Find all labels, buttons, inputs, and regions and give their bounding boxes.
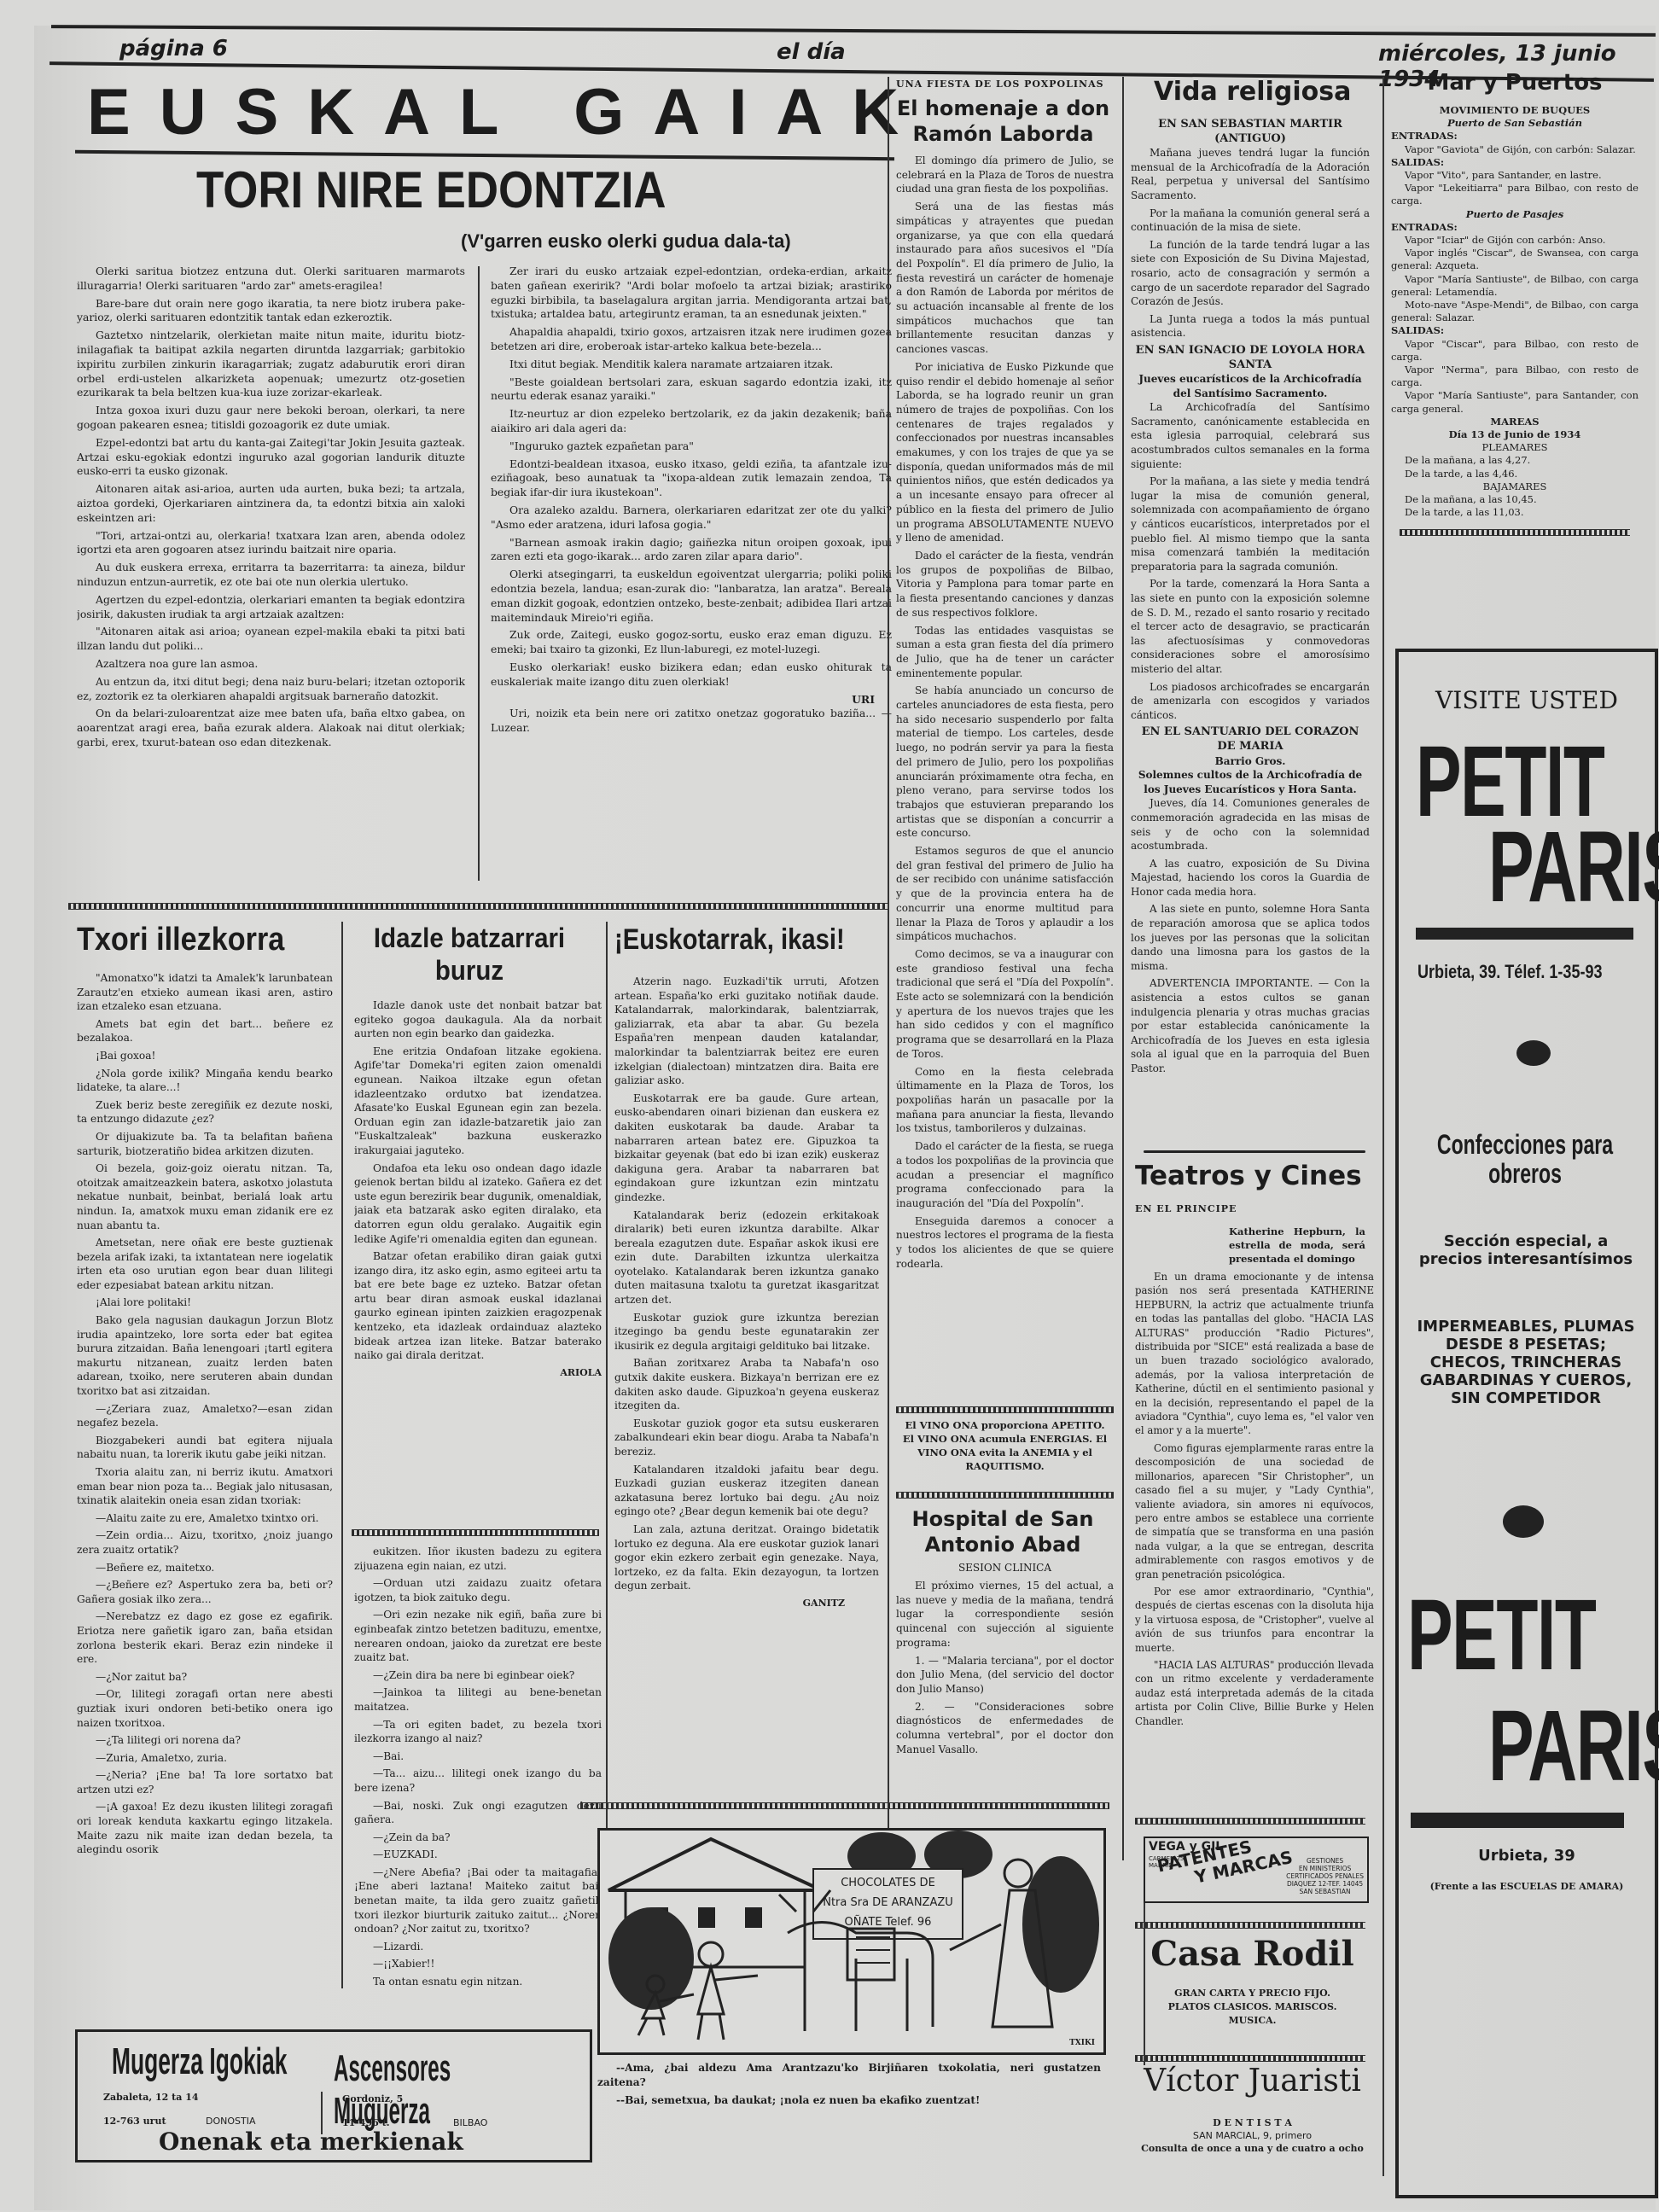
paragraph: Au duk euskera errexa, erritarra ta baze… <box>77 561 465 590</box>
paragraph: Zer irari du eusko artzaiak ezpel-edontz… <box>491 265 892 322</box>
paragraph: Zuk orde, Zaitegi, eusko gogoz-sortu, eu… <box>491 628 892 657</box>
paragraph: —¿Nor zaitut ba? <box>77 1670 333 1685</box>
paragraph: Eusko olerkariak! eusko bizikera edan; e… <box>491 661 892 690</box>
laborda-article-body: El domingo día primero de Julio, se cele… <box>896 154 1114 1378</box>
paragraph: "Tori, artzai-ontzi au, olerkaria! txatx… <box>77 529 465 558</box>
txori-title: Txori illezkorra <box>77 922 284 958</box>
vida-section-heading: EN EL SANTUARIO DEL CORAZON DE MARIA <box>1131 725 1370 754</box>
cartoon-caption: --Ama, ¿bai aldezu Ama Arantzazu'ko Birj… <box>597 2061 1101 2110</box>
mareas-title: MAREAS <box>1391 416 1639 428</box>
paragraph: Olerki atsegingarri, ta euskeldun egoive… <box>491 568 892 625</box>
paragraph: Jueves, día 14. Comuniones generales de … <box>1131 796 1370 853</box>
paragraph: Por iniciativa de Eusko Pizkunde que qui… <box>896 360 1114 545</box>
paragraph: 2. — "Consideraciones sobre diagnósticos… <box>896 1700 1114 1757</box>
ship-entry: Vapor "María Santiuste", para Santander,… <box>1391 389 1639 415</box>
wavy-divider <box>1135 2055 1365 2062</box>
article-headline: TORI NIRE EDONTZIA <box>196 160 667 219</box>
paragraph: "HACIA LAS ALTURAS" producción llevada c… <box>1135 1658 1374 1728</box>
column-divider <box>1382 77 1384 2176</box>
euskal-gaiak-column-1: Olerki saritua biotzez entzuna dut. Oler… <box>77 265 465 888</box>
vega-gil-ad: VEGA y GIL CARMEN 25 MADRID PATENTES Y M… <box>1144 1837 1369 1903</box>
paragraph: Bare-bare dut orain nere gogo ikaratia, … <box>77 297 465 326</box>
ornament-divider <box>1144 1150 1365 1153</box>
paragraph: —¡¡Xabier!! <box>354 1957 602 1971</box>
petit-visit: VISITE USTED <box>1399 686 1655 714</box>
petit-landmark: (Frente a las ESCUELAS DE AMARA) <box>1416 1881 1638 1892</box>
postscript: Uri, noizik eta bein nere ori zatitxo on… <box>491 707 892 736</box>
ship-entry: Vapor inglés "Ciscar", de Swansea, con c… <box>1391 247 1639 272</box>
paragraph: Ametsetan, nere oñak ere beste guztienak… <box>77 1236 333 1292</box>
paragraph: —¿Zeriara zuaz, Amaletxo?—esan zidan neg… <box>77 1402 333 1430</box>
paragraph: Ta ontan esnatu egin nitzan. <box>354 1975 602 1988</box>
paragraph: Como figuras ejemplarmente raras entre l… <box>1135 1441 1374 1581</box>
cartoon-sign: CHOCOLATES DE Ntra Sra DE ARANZAZU OÑATE… <box>813 1873 963 1932</box>
wavy-divider <box>580 1802 1109 1809</box>
paragraph: Todas las entidades vasquistas se suman … <box>896 624 1114 681</box>
paragraph: Itz-neurtuz ar dion ezpeleko bertzolarik… <box>491 407 892 436</box>
paragraph: Se había anunciado un concurso de cartel… <box>896 684 1114 841</box>
paragraph: A las cuatro, exposición de Su Divina Ma… <box>1131 857 1370 899</box>
paragraph: Katalandarak beriz (edozein erkitakoak d… <box>614 1208 879 1307</box>
paragraph: —¿Zein dira ba nere bi eginbear oiek? <box>354 1668 602 1683</box>
paragraph: Ene eritzia Ondafoan litzake egokiena. A… <box>354 1045 602 1158</box>
mar-puertos-title: Mar y Puertos <box>1391 70 1639 96</box>
ship-entry: Vapor "Vito", para Santander, en lastre. <box>1391 169 1639 182</box>
petit-address-2: Urbieta, 39 <box>1399 1847 1655 1865</box>
wavy-divider <box>1135 1818 1365 1825</box>
paragraph: —¿Ta lilitegi ori norena da? <box>77 1733 333 1748</box>
ship-entry: Vapor "Gaviota" de Gijón, con carbón: Sa… <box>1391 143 1639 156</box>
mugerza-right-address: Gordoniz, 5 <box>342 2093 403 2104</box>
signature-ariola: ARIOLA <box>354 1366 602 1381</box>
paragraph: Edontzi-bealdean itxasoa, eusko itxaso, … <box>491 457 892 500</box>
page-number: página 6 <box>119 36 228 61</box>
paragraph: —EUZKADI. <box>354 1848 602 1862</box>
paragraph: Euskotar guziok gure izkuntza berezian i… <box>614 1311 879 1353</box>
ship-entry: Moto-nave "Aspe-Mendi", de Bilbao, con c… <box>1391 299 1639 324</box>
column-divider <box>341 922 343 1988</box>
article-subhead: (V'garren eusko olerki gudua dala-ta) <box>461 230 791 253</box>
paragraph: A las siete en punto, solemne Hora Santa… <box>1131 902 1370 973</box>
section-title: EUSKAL GAIAK <box>87 75 928 149</box>
section-rule <box>75 150 894 160</box>
paper-name: el día <box>777 39 846 65</box>
paragraph: Como en la fiesta celebrada últimamente … <box>896 1065 1114 1137</box>
tide-time: De la mañana, a las 10,45. <box>1391 493 1639 506</box>
hospital-subtitle: SESION CLINICA <box>896 1562 1114 1574</box>
paragraph: La función de la tarde tendrá lugar a la… <box>1131 238 1370 309</box>
petit-items: IMPERMEABLES, PLUMAS DESDE 8 PESETAS; CH… <box>1411 1318 1641 1407</box>
paragraph: Por la mañana la comunión general será a… <box>1131 207 1370 235</box>
paragraph: —¡A gaxoa! Ez dezu ikusten lilitegi zora… <box>77 1800 333 1856</box>
teatros-title: Teatros y Cines <box>1135 1161 1362 1191</box>
paragraph: Bako gela nagusian daukagun Jorzun Blotz… <box>77 1313 333 1399</box>
paragraph: Intza goxoa ixuri duzu gaur nere bekoki … <box>77 404 465 433</box>
paragraph: Txoria alaitu zan, ni berriz ikutu. Amat… <box>77 1465 333 1508</box>
paragraph: Gaztetxo nintzelarik, olerkietan maite n… <box>77 329 465 400</box>
wavy-divider <box>896 1492 1114 1499</box>
vino-ona-ad: El VINO ONA proporciona APETITO. El VINO… <box>900 1418 1109 1473</box>
pleamares-label: PLEAMARES <box>1391 441 1639 454</box>
euskal-gaiak-column-2: Zer irari du eusko artzaiak ezpel-edontz… <box>491 265 892 896</box>
vida-religiosa-title: Vida religiosa <box>1154 77 1351 107</box>
ship-entry: Vapor "Nerma", para Bilbao, con resto de… <box>1391 364 1639 389</box>
idazle-article-body: Idazle danok uste det nonbait batzar bat… <box>354 998 602 1511</box>
paragraph: Ondafoa eta leku oso ondean dago idazle … <box>354 1161 602 1247</box>
wavy-divider <box>896 1406 1114 1413</box>
bajamares-label: BAJAMARES <box>1391 480 1639 493</box>
paragraph: Katalandaren itzaldoki jafaitu bear degu… <box>614 1463 879 1519</box>
bullet-icon <box>1503 1505 1544 1538</box>
paragraph: —Ta ori egiten badet, zu bezela txori il… <box>354 1718 602 1746</box>
mugerza-slogan: Onenak eta merkienak <box>159 2128 463 2156</box>
paragraph: Ezpel-edontzi bat artu du kanta-gai Zait… <box>77 436 465 479</box>
column-divider <box>478 266 480 881</box>
teatros-body: En un drama emocionante y de intensa pas… <box>1135 1270 1374 1799</box>
paragraph: —¿Nere Abefia? ¡Bai oder ta maitagafia! … <box>354 1866 602 1936</box>
vida-section-subheading: Solemnes cultos de la Archicofradía de l… <box>1131 768 1370 796</box>
paragraph: On da belari-zuloarentzat aize mee baten… <box>77 707 465 749</box>
euskotarrak-title: ¡Euskotarrak, ikasi! <box>614 923 845 957</box>
paragraph: —Bai, noski. Zuk ongi ezagutzen dezu gañ… <box>354 1799 602 1827</box>
ship-entry: Vapor "María Santiuste", de Bilbao, con … <box>1391 273 1639 299</box>
salidas-label: SALIDAS: <box>1391 324 1639 337</box>
paragraph: Por la mañana, a las siete y media tendr… <box>1131 474 1370 573</box>
idazle-title: Idazle batzarrari buruz <box>352 922 587 987</box>
paragraph: —Jainkoa ta lilitegi au bene-benetan mai… <box>354 1685 602 1714</box>
paragraph: Or dijuakizute ba. Ta ta belafitan bañen… <box>77 1130 333 1158</box>
bullet-icon <box>1516 1040 1551 1066</box>
chocolate-cartoon-ad: CHOCOLATES DE Ntra Sra DE ARANZAZU OÑATE… <box>597 1828 1106 2055</box>
mar-subtitle: MOVIMIENTO DE BUQUES <box>1391 104 1639 117</box>
mugerza-left-phone: 12-763 urut <box>103 2116 166 2127</box>
tide-time: De la tarde, a las 11,03. <box>1391 506 1639 519</box>
paragraph: Lan zala, aztuna deritzat. Oraingo bidet… <box>614 1522 879 1593</box>
paragraph: —Zuria, Amaletxo, zuria. <box>77 1751 333 1766</box>
euskotarrak-article-body: Atzerin nago. Euzkadi'tik urruti, Afotze… <box>614 975 879 1785</box>
laborda-title: El homenaje a don Ramón Laborda <box>894 96 1112 147</box>
tide-time: De la tarde, a las 4,46. <box>1391 468 1639 480</box>
cartoon-illustration <box>600 1831 1103 2052</box>
column-divider <box>1122 77 1124 1860</box>
mugerza-ad: Mugerza Igokiak Ascensores Muguerza Zaba… <box>75 2029 592 2163</box>
paragraph: Por la tarde, comenzará la Hora Santa a … <box>1131 577 1370 676</box>
hospital-title: Hospital de San Antonio Abad <box>892 1506 1114 1557</box>
paragraph: —Zein ordia... Aizu, txoritxo, ¿noiz jua… <box>77 1528 333 1557</box>
mareas-date: Día 13 de Junio de 1934 <box>1391 428 1639 441</box>
paragraph: "Aitonaren aitak asi arioa; oyanean ezpe… <box>77 625 465 654</box>
paragraph: Euskotar guziok gogor eta sutsu euskerar… <box>614 1417 879 1459</box>
paragraph: 1. — "Malaria terciana", por el doctor d… <box>896 1654 1114 1697</box>
cartoon-signature: TXIKI <box>1069 2039 1095 2047</box>
petit-confecciones: Confecciones para obreros <box>1433 1130 1617 1188</box>
paragraph: —Lizardi. <box>354 1940 602 1954</box>
wavy-divider <box>1135 1922 1365 1929</box>
paragraph: La Junta ruega a todos la más puntual as… <box>1131 312 1370 341</box>
paragraph: —¿Neria? ¡Ene ba! Ta lore sortatxo bat a… <box>77 1768 333 1796</box>
paragraph: —¿Zein da ba? <box>354 1831 602 1845</box>
paragraph: —Beñere ez, maitetxo. <box>77 1561 333 1575</box>
paragraph: Ora azaleko azaldu. Barnera, olerkariare… <box>491 504 892 533</box>
paragraph: Agertzen du ezpel-edontzia, olerkariari … <box>77 593 465 622</box>
txori-article-body: "Amonatxo"k idatzi ta Amalek'k larunbate… <box>77 971 333 1987</box>
petit-seccion: Sección especial, a precios interesantís… <box>1411 1232 1641 1268</box>
port-name: Puerto de Pasajes <box>1391 208 1639 221</box>
signature-ganitz: GANITZ <box>614 1597 879 1611</box>
paragraph: Olerki saritua biotzez entzuna dut. Oler… <box>77 265 465 294</box>
ship-entry: Vapor "Lekeitiarra" para Bilbao, con res… <box>1391 182 1639 207</box>
paragraph: —Alaitu zaite zu ere, Amaletxo txintxo o… <box>77 1511 333 1526</box>
column-divider <box>888 77 889 1852</box>
paragraph: ¡Bai goxoa! <box>77 1049 333 1063</box>
casa-rodil-lines: GRAN CARTA Y PRECIO FIJO. PLATOS CLASICO… <box>1135 1987 1370 2028</box>
paragraph: Los piadosos archicofrades se encargarán… <box>1131 680 1370 723</box>
ship-entry: Vapor "Ciscar", para Bilbao, con resto d… <box>1391 338 1639 364</box>
paragraph: Estamos seguros de que el anuncio del gr… <box>896 844 1114 944</box>
ship-entry: Vapor "Iciar" de Gijón con carbón: Anso. <box>1391 234 1639 247</box>
paragraph: eukitzen. Iñor ikusten badezu zu egitera… <box>354 1545 602 1573</box>
vida-section-subheading: Barrio Gros. <box>1131 754 1370 769</box>
paragraph: Batzar ofetan erabiliko diran gaiak gutx… <box>354 1249 602 1363</box>
paragraph: El próximo viernes, 15 del actual, a las… <box>896 1579 1114 1650</box>
paragraph: "Amonatxo"k idatzi ta Amalek'k larunbate… <box>77 971 333 1014</box>
paragraph: Au entzun da, itxi ditut begi; dena naiz… <box>77 675 465 704</box>
paragraph: Biozgabekeri aundi bat egitera nijuala n… <box>77 1434 333 1462</box>
paragraph: Idazle danok uste det nonbait batzar bat… <box>354 998 602 1041</box>
petit-brand-bottom-2: PARIS <box>1488 1702 1659 1790</box>
paragraph: En un drama emocionante y de intensa pas… <box>1135 1270 1374 1438</box>
paragraph: Enseguida daremos a conocer a nuestros l… <box>896 1214 1114 1272</box>
laborda-kicker: UNA FIESTA DE LOS POXPOLINAS <box>896 79 1104 90</box>
mugerza-left-city: DONOSTIA <box>206 2116 256 2127</box>
paragraph: ¿Nola gorde ixilik? Mingaña kendu bearko… <box>77 1067 333 1095</box>
vida-section-heading: EN SAN SEBASTIAN MARTIR (ANTIGUO) <box>1131 118 1370 146</box>
wavy-divider <box>352 1529 599 1536</box>
paragraph: —¿Beñere ez? Aspertuko zera ba, beti or?… <box>77 1578 333 1606</box>
tide-time: De la mañana, a las 4,27. <box>1391 454 1639 467</box>
paragraph: —Bai. <box>354 1749 602 1764</box>
signature-uri: URI <box>491 693 892 707</box>
teatros-venue: EN EL PRINCIPE <box>1135 1203 1237 1214</box>
paragraph: Será una de las fiestas más simpáticas y… <box>896 200 1114 357</box>
paragraph: "Inguruko gaztek ezpañetan para" <box>491 439 892 454</box>
ad-bar <box>1416 928 1633 940</box>
vega-gil-details: GESTIONES EN MINISTERIOS CERTIFICADOS PE… <box>1286 1857 1364 1895</box>
paragraph: Mañana jueves tendrá lugar la función me… <box>1131 146 1370 202</box>
juaristi-details: D E N T I S T A SAN MARCIAL, 9, primero … <box>1135 2116 1370 2155</box>
paragraph: —Or, lilitegi zoragafi ortan nere abesti… <box>77 1687 333 1730</box>
paragraph: Atzerin nago. Euzkadi'tik urruti, Afotze… <box>614 975 879 1088</box>
hospital-body: El próximo viernes, 15 del actual, a las… <box>896 1579 1114 1760</box>
paragraph: —Nerebatzz ez dago ez gose ez egafirik. … <box>77 1610 333 1666</box>
paragraph: Amets bat egin det bart... beñere ez bez… <box>77 1017 333 1045</box>
paragraph: Itxi ditut begiak. Menditik kalera naram… <box>491 358 892 372</box>
paragraph: Euskotarrak ere ba gaude. Gure artean, e… <box>614 1091 879 1205</box>
mar-puertos-body: MOVIMIENTO DE BUQUESPuerto de San Sebast… <box>1391 104 1639 520</box>
teatros-lead: Katherine Hepburn, la estrella de moda, … <box>1229 1225 1365 1266</box>
paragraph: "Beste goialdean bertsolari zara, eskuan… <box>491 375 892 405</box>
mugerza-left-name: Mugerza Igokiak <box>112 2040 287 2083</box>
paragraph: Como decimos, se va a inaugurar con este… <box>896 947 1114 1062</box>
newspaper-page: página 6 el día miércoles, 13 junio 1934… <box>34 26 1656 2210</box>
vida-section-subheading: Jueves eucarísticos de la Archicofradía … <box>1131 372 1370 400</box>
paragraph: El domingo día primero de Julio, se cele… <box>896 154 1114 196</box>
vida-religiosa-body: EN SAN SEBASTIAN MARTIR (ANTIGUO)Mañana … <box>1131 118 1370 1125</box>
entradas-label: ENTRADAS: <box>1391 221 1639 234</box>
paragraph: Zuek beriz beste zeregiñik ez dezute nos… <box>77 1098 333 1126</box>
paragraph: La Archicofradía del Santísimo Sacrament… <box>1131 400 1370 471</box>
petit-paris-ad: VISITE USTED PETIT PARIS Urbieta, 39. Té… <box>1395 649 1658 2198</box>
juaristi-name: Víctor Juaristi <box>1135 2064 1370 2098</box>
vida-section-heading: EN SAN IGNACIO DE LOYOLA HORA SANTA <box>1131 344 1370 372</box>
paragraph: "Barnean asmoak irakin dagio; gaiñezka n… <box>491 536 892 565</box>
paragraph: Ahapaldia ahapaldi, txirio goxos, artzai… <box>491 325 892 354</box>
entradas-label: ENTRADAS: <box>1391 130 1639 143</box>
port-name: Puerto de San Sebastián <box>1391 117 1639 130</box>
masthead-top-rule <box>51 25 1656 37</box>
paragraph: Azaltzera noa gure lan asmoa. <box>77 657 465 672</box>
paragraph: Bañan zoritxarez Araba ta Nabafa'n oso g… <box>614 1356 879 1412</box>
wavy-divider <box>1400 529 1630 536</box>
petit-brand-bottom: PARIS <box>1488 823 1659 911</box>
paragraph: —Ori ezin nezake nik egiñ, baña zure bi … <box>354 1608 602 1664</box>
ad-bar <box>1411 1813 1624 1828</box>
paragraph: ADVERTENCIA IMPORTANTE. — Con la asisten… <box>1131 976 1370 1075</box>
petit-brand-top-2: PETIT <box>1407 1591 1596 1679</box>
casa-rodil-name: Casa Rodil <box>1135 1934 1370 1974</box>
paragraph: Aitonaren aitak asi-arioa, aurten uda au… <box>77 482 465 525</box>
petit-address-phone: Urbieta, 39. Télef. 1-35-93 <box>1417 961 1603 983</box>
paragraph: Oi bezela, goiz-goiz oieratu nitzan. Ta,… <box>77 1161 333 1232</box>
paragraph: —Orduan utzi zaidazu zuaitz ofetara igot… <box>354 1576 602 1604</box>
wavy-divider <box>68 903 889 910</box>
salidas-label: SALIDAS: <box>1391 156 1639 169</box>
paragraph: Dado el carácter de la fiesta, se ruega … <box>896 1139 1114 1211</box>
paragraph: —Ta... aizu... lilitegi onek izango du b… <box>354 1767 602 1795</box>
paragraph: Por ese amor extraordinario, "Cynthia", … <box>1135 1585 1374 1655</box>
paragraph: Dado el carácter de la fiesta, vendrán l… <box>896 549 1114 620</box>
txori-continuation: eukitzen. Iñor ikusten badezu zu egitera… <box>354 1545 602 1988</box>
vega-gil-main: PATENTES Y MARCAS <box>1155 1829 1295 1894</box>
paragraph: ¡Alai lore politaki! <box>77 1295 333 1310</box>
mugerza-left-address: Zabaleta, 12 ta 14 <box>103 2092 199 2103</box>
